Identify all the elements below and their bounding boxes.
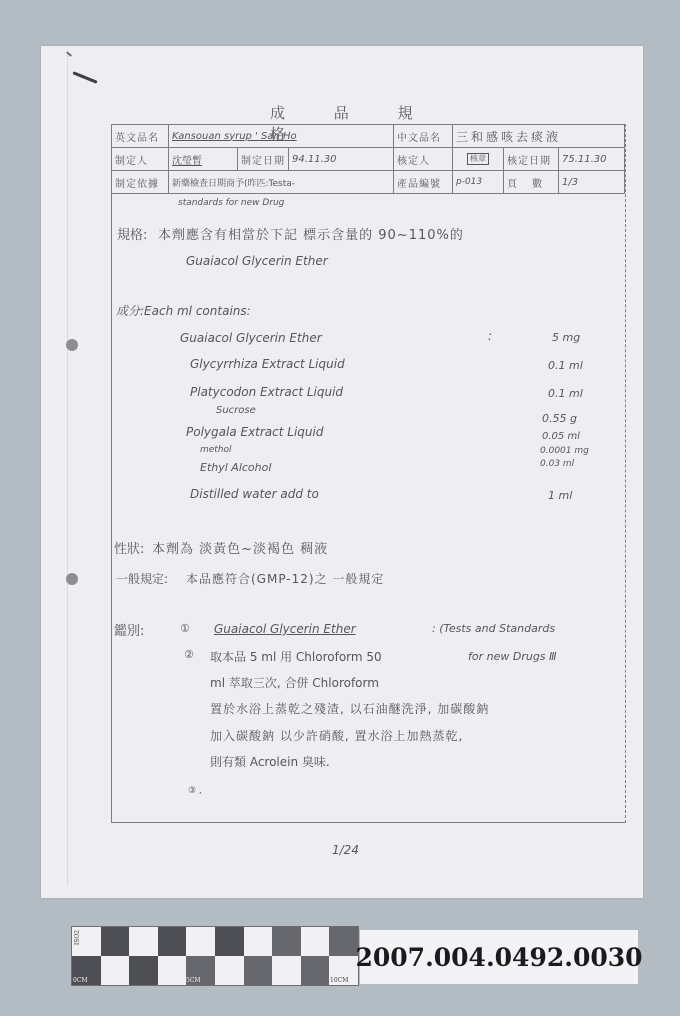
- table-row: 制定人 沈瑩暫 制定日期 94.11.30 核定人 核章 核定日期 75.11.…: [112, 148, 625, 171]
- product-no-label: 產品編號: [394, 171, 453, 194]
- pages-label: 頁 數: [504, 171, 559, 194]
- specification-line1: 本劑應含有相當於下記 標示含量的 90~110%的: [158, 224, 464, 243]
- basis-label: 制定依據: [112, 171, 169, 194]
- draft-date-value: 94.11.30: [289, 148, 394, 171]
- identification-marker-3: ③ ,: [188, 786, 202, 796]
- identification-item2-line5: 則有類 Acrolein 臭味.: [210, 753, 330, 770]
- composition-item-amount: 0.55 g: [542, 412, 577, 425]
- composition-item-name: methol: [200, 445, 232, 455]
- identification-item1-name: Guaiacol Glycerin Ether: [214, 622, 356, 636]
- identification-marker-1: ①: [180, 622, 190, 635]
- specification-line2: Guaiacol Glycerin Ether: [186, 254, 328, 268]
- composition-item-name: Polygala Extract Liquid: [186, 425, 323, 439]
- approval-seal: 核章: [467, 153, 489, 165]
- chinese-name-value: 三和感咳去痰液: [453, 125, 625, 148]
- punch-hole: [66, 573, 78, 585]
- accession-number: 2007.004.0492.0030: [360, 930, 638, 984]
- approver-seal-cell: 核章: [453, 148, 504, 171]
- english-name-label: 英文品名: [112, 125, 169, 148]
- english-name-value: Kansouan syrup ' San Ho: [169, 125, 394, 148]
- margin-line: [67, 55, 68, 885]
- composition-item-name: Distilled water add to: [190, 487, 319, 501]
- approval-date-value: 75.11.30: [559, 148, 625, 171]
- table-row: 制定依據 新藥檢查日期商予(昨匹:Testa- 產品編號 p-013 頁 數 1…: [112, 171, 625, 194]
- identification-marker-2: ②: [184, 648, 194, 661]
- identification-label: 鑑別:: [114, 620, 144, 639]
- approval-date-label: 核定日期: [504, 148, 559, 171]
- basis-value: 新藥檢查日期商予(昨匹:Testa-: [169, 171, 394, 194]
- composition-item-name: Sucrose: [216, 405, 256, 416]
- header-table: 英文品名 Kansouan syrup ' San Ho 中文品名 三和感咳去痰…: [111, 124, 625, 194]
- identification-item2-line4: 加入碳酸鈉 以少許硝酸, 置水浴上加熱蒸乾,: [210, 727, 463, 744]
- properties-text: 本劑為 淡黃色~淡褐色 稠液: [152, 538, 328, 557]
- composition-item-name: Platycodon Extract Liquid: [190, 385, 343, 399]
- identification-item2-line3: 置於水浴上蒸乾之殘渣, 以石油醚洗淨, 加碳酸鈉: [210, 700, 489, 717]
- specification-label: 規格:: [117, 224, 147, 243]
- scale-label-iso: ISO2: [74, 930, 81, 945]
- scale-label-5cm: 5CM: [186, 977, 201, 984]
- composition-item-amount: 0.05 ml: [542, 431, 580, 442]
- identification-item1-ref2: for new Drugs Ⅲ: [468, 650, 557, 663]
- basis-continued: standards for new Drug: [178, 198, 284, 208]
- composition-separator: :: [488, 329, 492, 343]
- composition-item-amount: 1 ml: [548, 489, 572, 502]
- composition-item-amount: 5 mg: [552, 331, 580, 344]
- draft-date-label: 制定日期: [238, 148, 289, 171]
- drafter-label: 制定人: [112, 148, 169, 171]
- color-scale-bar: [71, 926, 359, 986]
- composition-heading: 成分:Each ml contains:: [116, 302, 251, 319]
- identification-item2-line2: ml 萃取三次, 合併 Chloroform: [210, 674, 379, 691]
- composition-item-amount: 0.0001 mg: [540, 446, 589, 456]
- composition-item-amount: 0.1 ml: [548, 387, 583, 400]
- composition-item-name: Ethyl Alcohol: [200, 461, 271, 474]
- pages-value: 1/3: [559, 171, 625, 194]
- table-row: 英文品名 Kansouan syrup ' San Ho 中文品名 三和感咳去痰…: [112, 125, 625, 148]
- scale-label-10cm: 10CM: [330, 977, 348, 984]
- composition-item-name: Glycyrrhiza Extract Liquid: [190, 357, 345, 371]
- page-number: 1/24: [332, 843, 359, 857]
- composition-item-amount: 0.1 ml: [548, 359, 583, 372]
- chinese-name-label: 中文品名: [394, 125, 453, 148]
- product-no-value: p-013: [453, 171, 504, 194]
- identification-item2-line1: 取本品 5 ml 用 Chloroform 50: [210, 648, 382, 665]
- properties-label: 性狀:: [114, 538, 144, 557]
- identification-item1-ref: : (Tests and Standards: [432, 622, 555, 635]
- composition-item-amount: 0.03 ml: [540, 459, 574, 469]
- approver-label: 核定人: [394, 148, 453, 171]
- general-rule-label: 一般規定:: [116, 570, 168, 587]
- general-rule-text: 本品應符合(GMP-12)之 一般規定: [186, 570, 384, 587]
- composition-item-name: Guaiacol Glycerin Ether: [180, 331, 322, 345]
- punch-hole: [66, 339, 78, 351]
- scale-label-0cm: 0CM: [73, 977, 88, 984]
- drafter-value: 沈瑩暫: [169, 148, 238, 171]
